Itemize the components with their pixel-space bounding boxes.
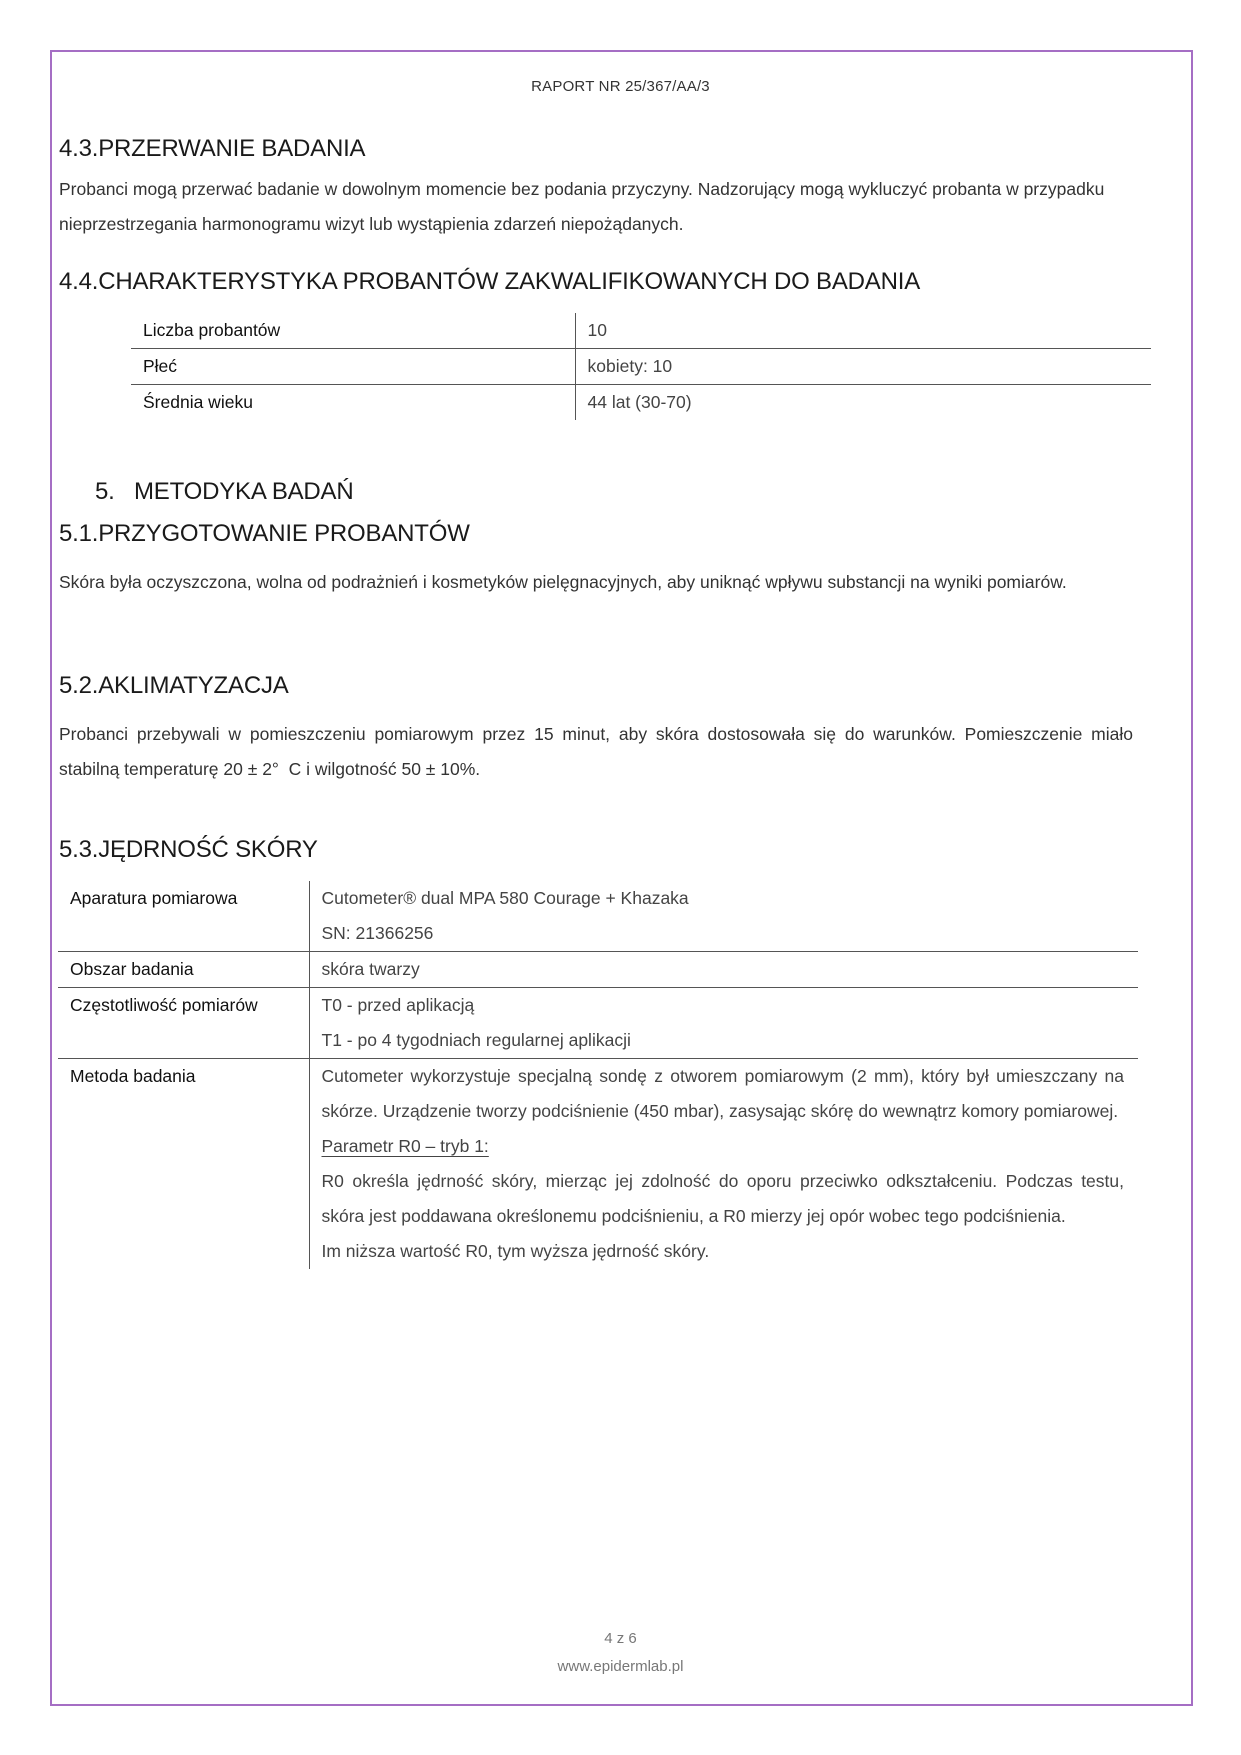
apparatus-serial: SN: 21366256 [322, 916, 1127, 951]
apparatus-value: Cutometer® dual MPA 580 Courage + Khazak… [309, 881, 1138, 952]
heading-5-1: 5.1.PRZYGOTOWANIE PROBANTÓW [59, 520, 470, 548]
method-intro: Cutometer wykorzystuje specjalną sondę z… [322, 1059, 1125, 1129]
frequency-label: Częstotliwość pomiarów [58, 988, 309, 1059]
heading-4-3: 4.3.PRZERWANIE BADANIA [59, 135, 365, 163]
page-number: 4 z 6 [50, 1630, 1191, 1647]
heading-5-3: 5.3.JĘDRNOŚĆ SKÓRY [59, 836, 318, 864]
heading-5-2: 5.2.AKLIMATYZACJA [59, 672, 289, 700]
page-frame [50, 50, 1193, 1706]
frequency-t1: T1 - po 4 tygodniach regularnej aplikacj… [322, 1023, 1127, 1058]
row-value: kobiety: 10 [575, 349, 1151, 385]
method-param-text: R0 określa jędrność skóry, mierząc jej z… [322, 1164, 1125, 1234]
frequency-value: T0 - przed aplikacją T1 - po 4 tygodniac… [309, 988, 1138, 1059]
participants-table: Liczba probantów 10 Płeć kobiety: 10 Śre… [131, 313, 1151, 420]
report-number-header: RAPORT NR 25/367/AA/3 [50, 78, 1191, 95]
row-label: Liczba probantów [131, 313, 575, 349]
row-value: 44 lat (30-70) [575, 385, 1151, 421]
paragraph-5-2: Probanci przebywali w pomieszczeniu pomi… [59, 717, 1133, 787]
row-label: Płeć [131, 349, 575, 385]
area-label: Obszar badania [58, 952, 309, 988]
row-value: 10 [575, 313, 1151, 349]
table-row: Aparatura pomiarowa Cutometer® dual MPA … [58, 881, 1138, 952]
paragraph-5-1: Skóra była oczyszczona, wolna od podrażn… [59, 565, 1133, 600]
paragraph-4-3: Probanci mogą przerwać badanie w dowolny… [59, 172, 1129, 242]
website-link[interactable]: www.epidermlab.pl [50, 1658, 1191, 1675]
method-param-heading: Parametr R0 – tryb 1: [322, 1136, 489, 1156]
table-row: Częstotliwość pomiarów T0 - przed aplika… [58, 988, 1138, 1059]
firmness-method-table: Aparatura pomiarowa Cutometer® dual MPA … [58, 881, 1138, 1269]
frequency-t0: T0 - przed aplikacją [322, 988, 1127, 1023]
table-row: Metoda badania Cutometer wykorzystuje sp… [58, 1059, 1138, 1270]
row-label: Średnia wieku [131, 385, 575, 421]
area-value: skóra twarzy [309, 952, 1138, 988]
table-row: Średnia wieku 44 lat (30-70) [131, 385, 1151, 421]
heading-5: 5. METODYKA BADAŃ [95, 478, 354, 506]
table-row: Liczba probantów 10 [131, 313, 1151, 349]
table-row: Płeć kobiety: 10 [131, 349, 1151, 385]
method-value: Cutometer wykorzystuje specjalną sondę z… [309, 1059, 1138, 1270]
apparatus-label: Aparatura pomiarowa [58, 881, 309, 952]
method-label: Metoda badania [58, 1059, 309, 1270]
apparatus-device: Cutometer® dual MPA 580 Courage + Khazak… [322, 881, 1127, 916]
method-conclusion: Im niższa wartość R0, tym wyższa jędrnoś… [322, 1234, 1125, 1269]
table-row: Obszar badania skóra twarzy [58, 952, 1138, 988]
heading-4-4: 4.4.CHARAKTERYSTYKA PROBANTÓW ZAKWALIFIK… [59, 268, 920, 296]
